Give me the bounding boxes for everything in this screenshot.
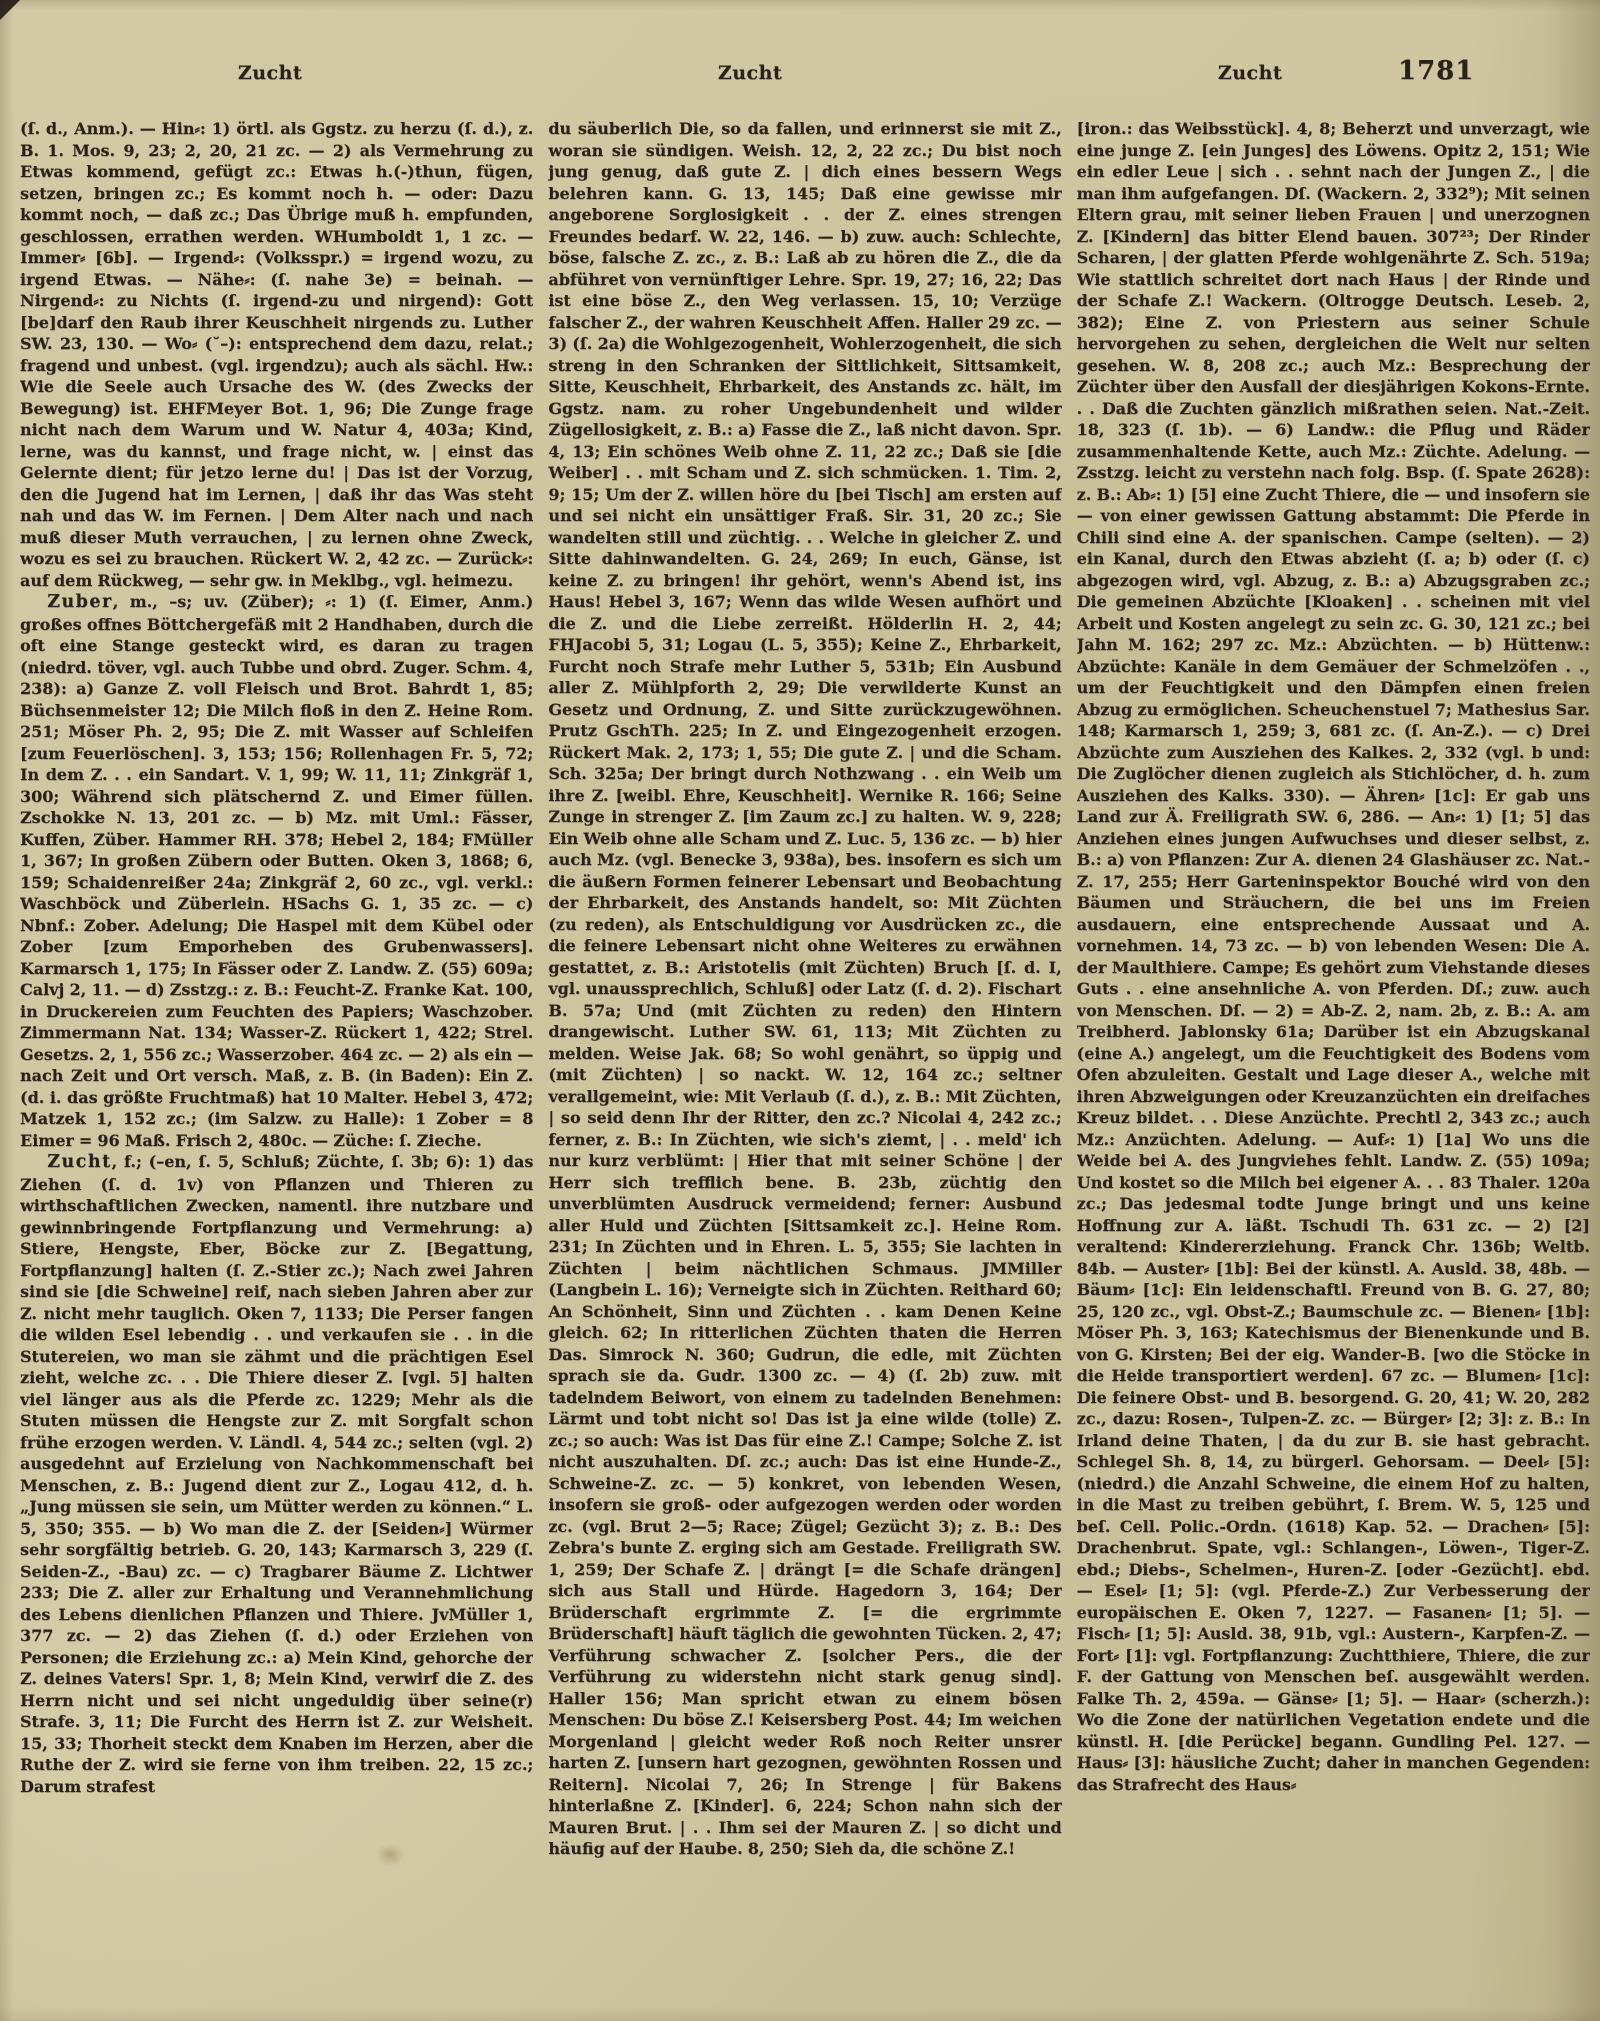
text-column-3: [iron.: das Weibsstück]. 4, 8; Beherzt u… <box>1077 118 1590 1918</box>
page-header: Zucht Zucht Zucht 1781 <box>0 56 1600 100</box>
text-column-1: (ſ. d., Anm.). — Hin⸗: 1) örtl. als Ggst… <box>20 118 533 1918</box>
headword-zuber: Zuber <box>47 592 113 612</box>
headword-zucht: Zucht <box>47 1152 111 1172</box>
page-number: 1781 <box>1398 56 1528 86</box>
running-head-column2: Zucht <box>650 62 850 84</box>
running-head-column1: Zucht <box>170 62 370 84</box>
entry-zucht-text: , f.; (–en, ſ. 5, Schluß; Züchte, ſ. 3b;… <box>20 1152 533 1796</box>
paragraph-zucht-continuation: du säuberlich Die, so da fallen, und eri… <box>548 118 1061 1860</box>
paragraph-hinzu-continuation: (ſ. d., Anm.). — Hin⸗: 1) örtl. als Ggst… <box>20 118 533 591</box>
paragraph-zucht-compounds: [iron.: das Weibsstück]. 4, 8; Beherzt u… <box>1077 118 1590 1795</box>
entry-zuber: Zuber, m., –s; uv. (Züber); ⸗: 1) (ſ. Ei… <box>20 591 533 1151</box>
scan-corner-artifact <box>0 0 20 20</box>
entry-zuber-text: , m., –s; uv. (Züber); ⸗: 1) (ſ. Eimer, … <box>20 592 533 1150</box>
text-column-2: du säuberlich Die, so da fallen, und eri… <box>548 118 1061 1918</box>
text-columns: (ſ. d., Anm.). — Hin⸗: 1) örtl. als Ggst… <box>20 118 1590 1918</box>
running-head-column3: Zucht <box>1150 62 1350 84</box>
entry-zucht: Zucht, f.; (–en, ſ. 5, Schluß; Züchte, ſ… <box>20 1151 533 1797</box>
dictionary-page-scan: Zucht Zucht Zucht 1781 (ſ. d., Anm.). — … <box>0 0 1600 2021</box>
